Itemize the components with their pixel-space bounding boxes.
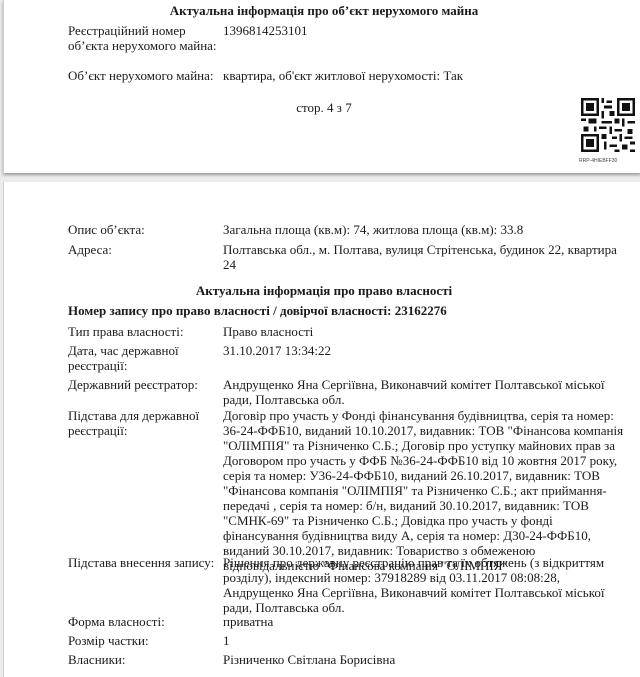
field-value: Рішення про державну реєстрацію прав та … <box>223 555 628 615</box>
field-value: Загальна площа (кв.м): 74, житлова площа… <box>223 222 628 237</box>
field-label: Опис об’єкта: <box>68 222 218 237</box>
ownership-record-number: Номер запису про право власності / довір… <box>68 303 447 319</box>
document-page-5: Опис об’єкта: Загальна площа (кв.м): 74,… <box>3 182 640 677</box>
page-number: стор. 4 з 7 <box>4 100 640 116</box>
field-value: 1396814253101 <box>223 23 628 38</box>
field-value: Полтавська обл., м. Полтава, вулиця Стрі… <box>223 242 628 272</box>
document-page-4: Актуальна інформація про об’єкт нерухомо… <box>3 0 640 173</box>
field-label: Об’єкт нерухомого майна: <box>68 68 218 83</box>
ownership-info-heading: Актуальна інформація про право власності <box>4 283 640 299</box>
qr-code-icon <box>581 98 635 152</box>
object-info-heading: Актуальна інформація про об’єкт нерухомо… <box>4 3 640 19</box>
field-label: Власники: <box>68 652 218 667</box>
field-label: Тип права власності: <box>68 324 218 339</box>
field-value: квартира, об'єкт житлової нерухомості: Т… <box>223 68 628 83</box>
field-value: Андрущенко Яна Сергіївна, Виконавчий ком… <box>223 377 628 407</box>
field-value: 31.10.2017 13:34:22 <box>223 343 628 358</box>
field-label: Дата, час державної реєстрації: <box>68 343 218 373</box>
field-label: Підстава для державної реєстрації: <box>68 408 218 438</box>
field-value: Різниченко Світлана Борисівна <box>223 652 628 667</box>
field-value: приватна <box>223 614 628 629</box>
field-value: Право власності <box>223 324 628 339</box>
field-label: Підстава внесення запису: <box>68 555 218 570</box>
field-label: Адреса: <box>68 242 218 257</box>
field-label: Державний реєстратор: <box>68 377 218 392</box>
field-label: Розмір частки: <box>68 633 218 648</box>
field-value: Договір про участь у Фонді фінансування … <box>223 408 628 573</box>
field-label: Реєстраційний номер об’єкта нерухомого м… <box>68 23 218 53</box>
qr-caption: RRP-4HIEBFF30 <box>579 158 617 164</box>
field-label: Форма власності: <box>68 614 218 629</box>
field-value: 1 <box>223 633 628 648</box>
